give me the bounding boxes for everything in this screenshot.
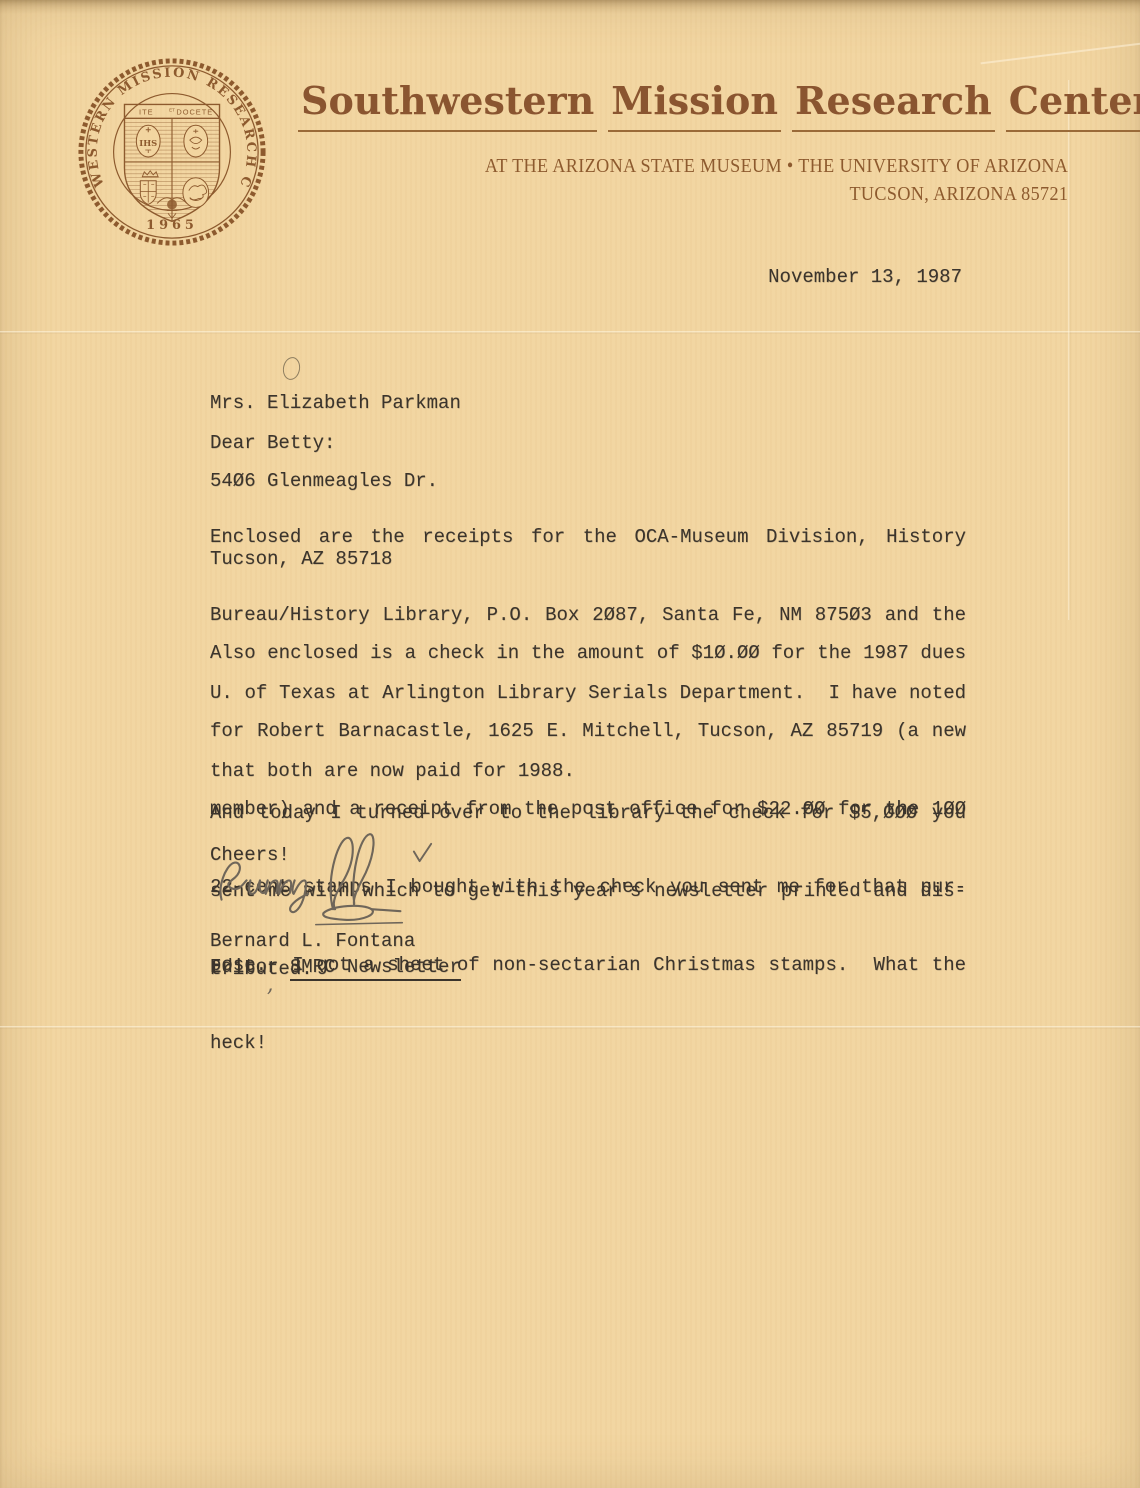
seal-ring-text: SOUTHWESTERN MISSION RESEARCH CENTER (73, 53, 258, 191)
letterhead-affiliation: AT THE ARIZONA STATE MUSEUM • THE UNIVER… (485, 156, 1068, 178)
paper-crease-vertical (1068, 80, 1071, 620)
sender-title-prefix: Editor (210, 956, 290, 978)
seal-motto-left: ITE (139, 107, 154, 116)
seal-motto-et: ET (169, 107, 175, 112)
signature-underline (316, 923, 403, 925)
org-title-word: Southwestern (298, 78, 597, 132)
signature-flourish-loop (331, 838, 353, 909)
recipient-name: Mrs. Elizabeth Parkman (210, 390, 966, 416)
paper-crease-corner (981, 42, 1140, 65)
seal-motto-right: DOCETE (176, 107, 213, 116)
salutation: Dear Betty: (210, 430, 966, 456)
paper-fold-crease-upper (0, 331, 1140, 334)
typed-line: for Robert Barnacastle, 1625 E. Mitchell… (210, 718, 966, 744)
sender-name: Bernard L. Fontana (210, 928, 966, 954)
svg-text:SOUTHWESTERN MISSION RESEARCH: SOUTHWESTERN MISSION RESEARCH CENTER (73, 53, 258, 191)
sender-title: Editor SMRC Newsletter (210, 954, 966, 980)
org-title-word: Mission (608, 78, 781, 132)
org-title: SouthwesternMissionResearchCenter (298, 78, 1078, 132)
letter-date: November 13, 1987 (768, 264, 962, 290)
smrc-seal-logo: SOUTHWESTERN MISSION RESEARCH CENTER 196… (73, 53, 271, 251)
sender-title-publication: SMRC Newsletter (290, 956, 461, 981)
signature-bunny-handwriting (210, 820, 460, 935)
letterhead-city-zip: TUCSON, ARIZONA 85721 (849, 184, 1068, 206)
org-title-word: Center (1006, 78, 1140, 132)
typed-line: Also enclosed is a check in the amount o… (210, 640, 966, 666)
org-title-word: Research (792, 78, 995, 132)
typed-line: Enclosed are the receipts for the OCA-Mu… (210, 524, 966, 550)
checkmark-annotation (414, 844, 431, 861)
seal-emblem-monogram: IHS (139, 138, 157, 148)
signature-letter-b (221, 863, 247, 900)
letter-page: SOUTHWESTERN MISSION RESEARCH CENTER 196… (0, 0, 1140, 1488)
